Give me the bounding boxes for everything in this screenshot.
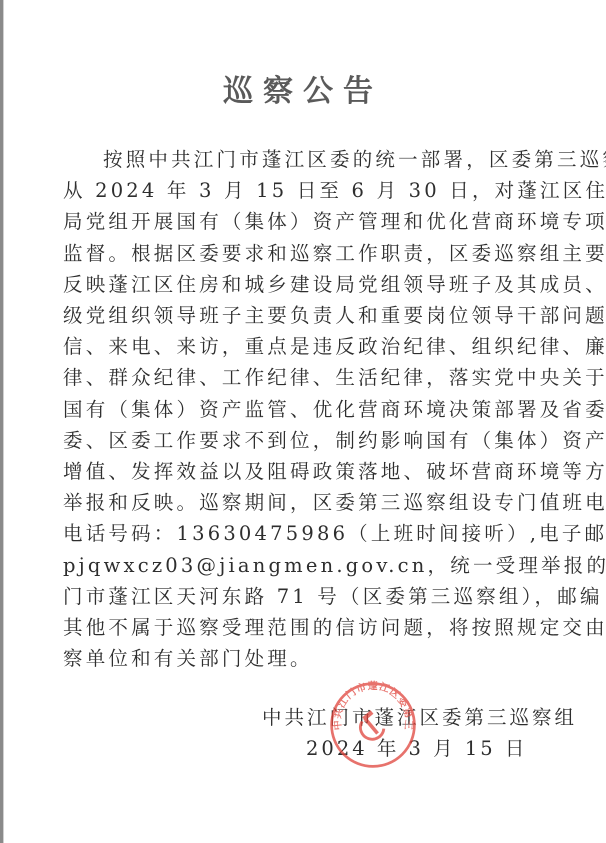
body-line: 信、来电、来访，重点是违反政治纪律、组织纪律、廉洁纪 xyxy=(63,331,555,362)
signature-issuer: 中共江门市蓬江区委第三巡察组 xyxy=(262,702,577,733)
body-line: 按照中共江门市蓬江区委的统一部署，区委第三巡察组 xyxy=(63,144,555,175)
body-line: 增值、发挥效益以及阻碍政策落地、破坏营商环境等方面的 xyxy=(63,456,555,487)
body-line: 国有（集体）资产监管、优化营商环境决策部署及省委、市 xyxy=(63,394,555,425)
body-line: 反映蓬江区住房和城乡建设局党组领导班子及其成员、下一 xyxy=(63,269,555,300)
body-line: 其他不属于巡察受理范围的信访问题，将按照规定交由被巡 xyxy=(63,612,555,643)
signature-date: 2024 年 3 月 15 日 xyxy=(306,733,527,764)
body-line-email: pjqwxcz03@jiangmen.gov.cn，统一受理举报的邮寄地址：江 xyxy=(63,550,555,581)
body-line-phone: 电话号码：13630475986（上班时间接听）,电子邮箱： xyxy=(63,518,555,549)
announcement-body: 按照中共江门市蓬江区委的统一部署，区委第三巡察组 从 2024 年 3 月 15… xyxy=(63,144,555,674)
body-line: 举报和反映。巡察期间，区委第三巡察组设专门值班电话， xyxy=(63,487,555,518)
body-line-address: 门市蓬江区天河东路 71 号（区委第三巡察组），邮编 529030。 xyxy=(63,581,555,612)
body-line: 律、群众纪律、工作纪律、生活纪律，落实党中央关于加强 xyxy=(63,362,555,393)
body-line: 监督。根据区委要求和巡察工作职责，区委巡察组主要受理 xyxy=(63,238,555,269)
page-left-edge xyxy=(0,0,4,843)
body-line: 委、区委工作要求不到位，制约影响国有（集体）资产保值 xyxy=(63,425,555,456)
body-line: 从 2024 年 3 月 15 日至 6 月 30 日，对蓬江区住房和城乡建设 xyxy=(63,175,555,206)
body-line: 察单位和有关部门处理。 xyxy=(63,643,555,674)
body-line: 级党组织领导班子主要负责人和重要岗位领导干部问题的来 xyxy=(63,300,555,331)
document-title: 巡察公告 xyxy=(0,72,606,112)
body-line: 局党组开展国有（集体）资产管理和优化营商环境专项巡察 xyxy=(63,206,555,237)
